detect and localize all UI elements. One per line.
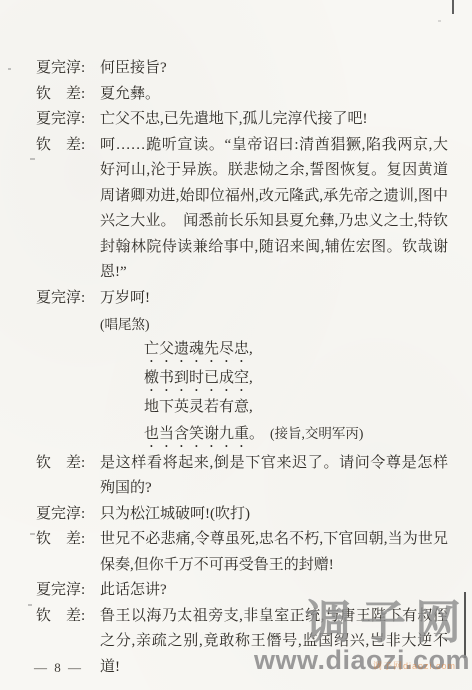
- scan-artifact-line: [452, 0, 454, 14]
- page-number: — 8 —: [34, 660, 83, 676]
- utterance: 呵……跪听宣读。“皇帝诏曰:清酋猖獗,陷我两京,大好河山,沦于异族。朕悲恸之余,…: [100, 133, 448, 286]
- scan-speck: [28, 604, 32, 606]
- speaker-label: 夏完淳:: [36, 578, 100, 604]
- scan-speck: [30, 533, 35, 535]
- dialogue-entry: 夏完淳: 此话怎讲?: [36, 578, 448, 604]
- verse-line: 亡父遗魂先尽忠,: [144, 337, 448, 366]
- utterance: 只为松江城破呵!(吹打): [100, 502, 448, 528]
- dialogue-entry: 钦 差: 鲁王以海乃太祖旁支,非皇室正统,与唐王陛下有叔侄之分,亲疏之别,竟敢称…: [36, 604, 448, 681]
- scan-speck: [30, 158, 35, 160]
- utterance: 万岁呵!: [100, 286, 448, 312]
- utterance: 鲁王以海乃太祖旁支,非皇室正统,与唐王陛下有叔侄之分,亲疏之别,竟敢称王僭号,监…: [100, 604, 448, 681]
- speaker-label: 夏完淳:: [36, 56, 100, 82]
- dialogue-entry: 夏完淳: 只为松江城破呵!(吹打): [36, 502, 448, 528]
- dialogue-entry: 钦 差: 呵……跪听宣读。“皇帝诏曰:清酋猖獗,陷我两京,大好河山,沦于异族。朕…: [36, 133, 448, 286]
- verse-line: 地下英灵若有意,: [144, 395, 448, 421]
- utterance: 夏允彝。: [100, 82, 448, 108]
- verse-line: 也当含笑谢九重。(接旨,交明军丙): [144, 421, 448, 451]
- dialogue-entry: 夏完淳: 万岁呵!: [36, 286, 448, 312]
- utterance: 是这样看将起来,倒是下官来迟了。请问令尊是怎样殉国的?: [100, 451, 448, 502]
- stage-note: (接旨,交明军丙): [270, 426, 363, 441]
- verse-block: 亡父遗魂先尽忠, 檄书到时已成空, 地下英灵若有意, 也当含笑谢九重。(接旨,交…: [144, 337, 448, 451]
- dialogue-entry: 夏完淳: 亡父不忠,已先遣地下,孤儿完淳代接了吧!: [36, 107, 448, 133]
- utterance: 此话怎讲?: [100, 578, 448, 604]
- utterance: 世兄不必悲痛,令尊虽死,忠名不朽,下官回朝,当为世兄保奏,但你千万不可再受鲁王的…: [100, 527, 448, 578]
- speaker-label: 夏完淳:: [36, 502, 100, 528]
- dialogue-entry: 钦 差: 夏允彝。: [36, 82, 448, 108]
- utterance: 亡父不忠,已先遣地下,孤儿完淳代接了吧!: [100, 107, 448, 133]
- aria-block: (唱尾煞) 亡父遗魂先尽忠, 檄书到时已成空, 地下英灵若有意, 也当含笑谢九重…: [100, 313, 448, 451]
- speaker-label: 钦 差:: [36, 82, 100, 108]
- scan-artifact-line: [464, 592, 466, 658]
- utterance: 何臣接旨?: [100, 56, 448, 82]
- speaker-label: 钦 差:: [36, 133, 100, 286]
- dialogue-entry: 钦 差: 世兄不必悲痛,令尊虽死,忠名不朽,下官回朝,当为世兄保奏,但你千万不可…: [36, 527, 448, 578]
- speaker-label: 夏完淳:: [36, 286, 100, 312]
- scan-speck: [438, 20, 441, 22]
- verse-line: 檄书到时已成空,: [144, 366, 448, 395]
- script-page: 夏完淳: 何臣接旨? 钦 差: 夏允彝。 夏完淳: 亡父不忠,已先遣地下,孤儿完…: [0, 0, 472, 690]
- speaker-label: 钦 差:: [36, 451, 100, 502]
- aria-tune-label: (唱尾煞): [100, 313, 448, 337]
- speaker-label: 夏完淳:: [36, 107, 100, 133]
- dialogue-entry: 钦 差: 是这样看将起来,倒是下官来迟了。请问令尊是怎样殉国的?: [36, 451, 448, 502]
- dialogue-entry: 夏完淳: 何臣接旨?: [36, 56, 448, 82]
- scan-speck: [8, 68, 11, 70]
- speaker-label: 钦 差:: [36, 527, 100, 578]
